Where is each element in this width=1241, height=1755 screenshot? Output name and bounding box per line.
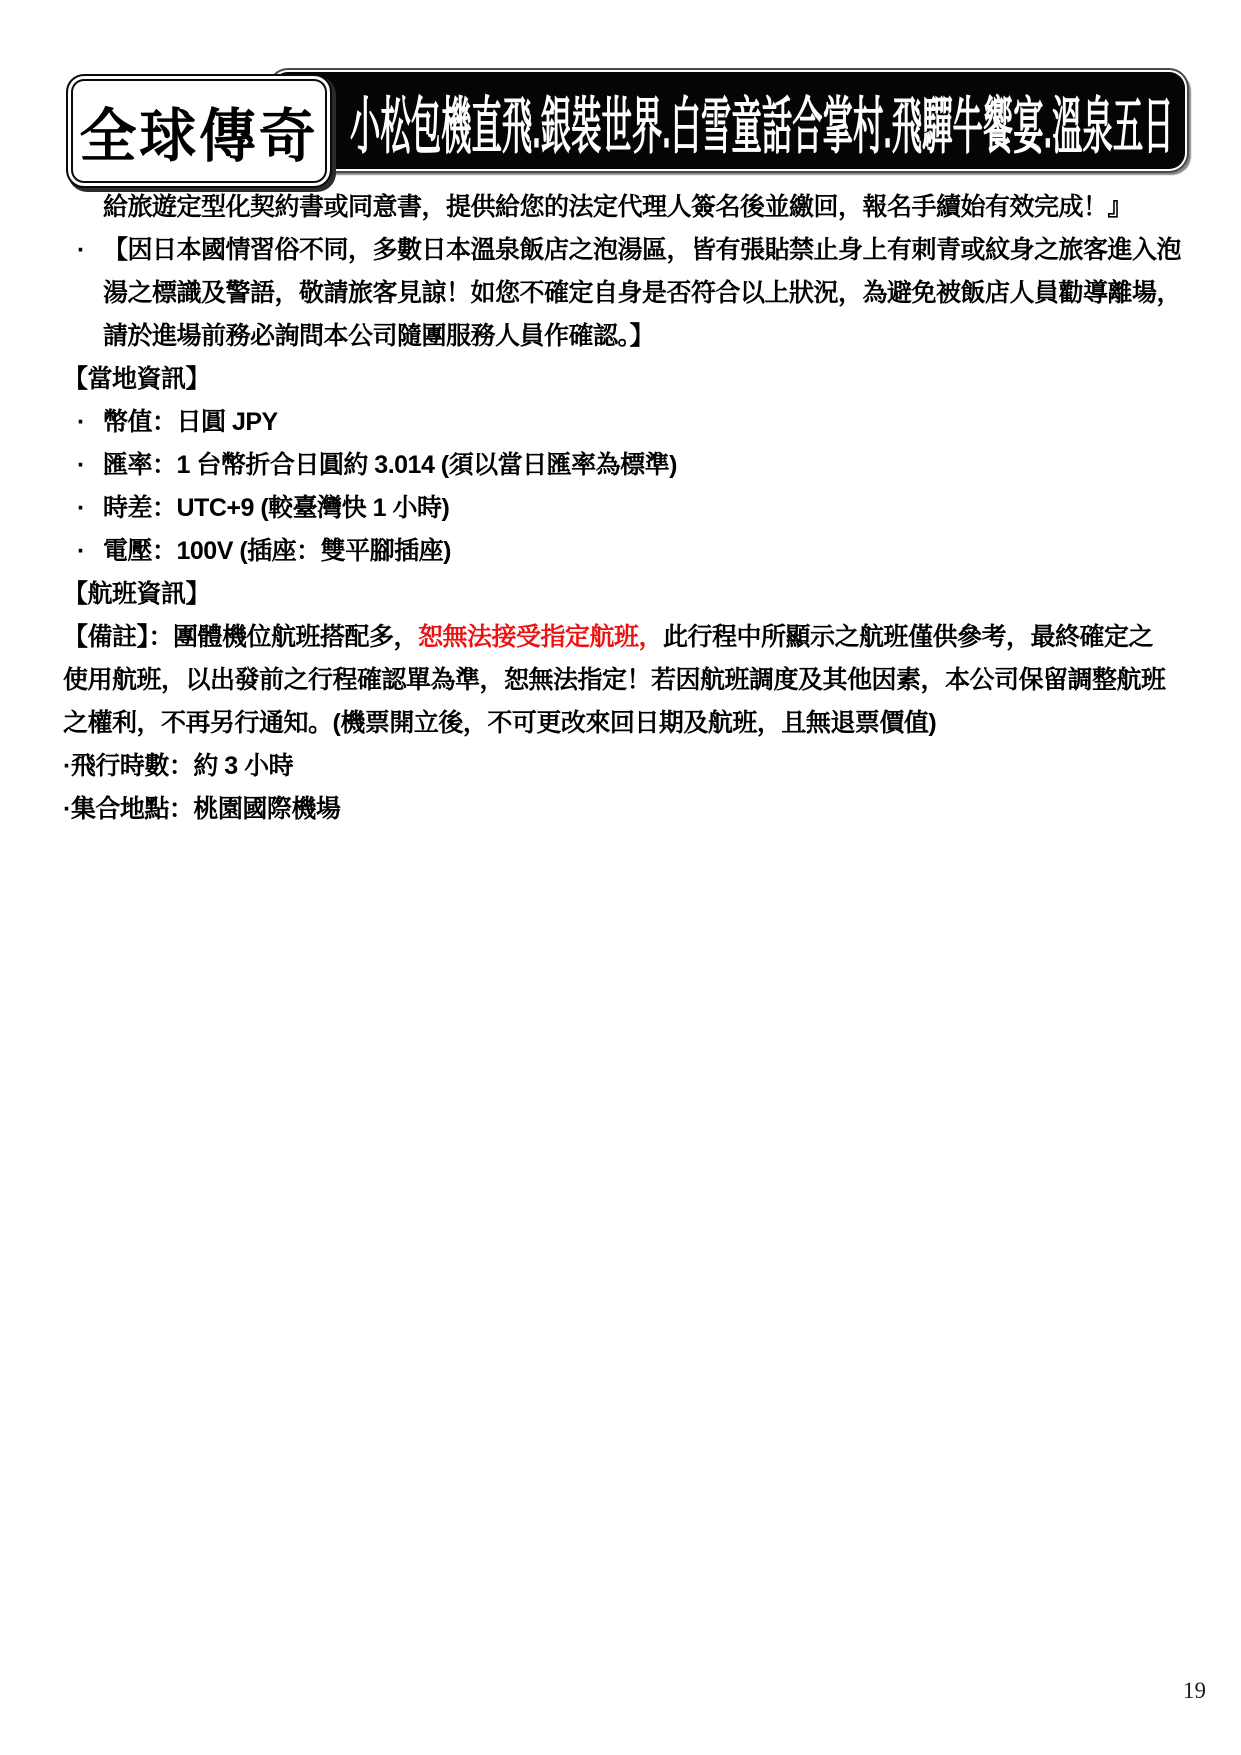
- title-banner: 小松包機直飛.銀裝世界.白雪童話合掌村.飛驒牛饗宴.溫泉五日: [272, 72, 1185, 169]
- text-line: 【備註】：團體機位航班搭配多，恕無法接受指定航班，此行程中所顯示之航班僅供參考，…: [63, 616, 1183, 659]
- bullet-dot: ·: [77, 401, 85, 444]
- document-content: 給旅遊定型化契約書或同意書，提供給您的法定代理人簽名後並繳回，報名手續始有效完成…: [63, 186, 1183, 831]
- text-segment: 【備註】：團體機位航班搭配多，: [63, 623, 418, 651]
- text-segment: 幣值：日圓 JPY: [103, 408, 278, 436]
- text-segment: 之權利，不再另行通知。(機票開立後，不可更改來回日期及航班，且無退票價值): [63, 709, 936, 737]
- text-line: 湯之標識及警語，敬請旅客見諒！如您不確定自身是否符合以上狀況，為避免被飯店人員勸…: [63, 272, 1183, 315]
- text-line: ·電壓：100V (插座：雙平腳插座): [63, 530, 1183, 573]
- logo-box: 全球傳奇: [66, 74, 332, 188]
- text-segment: 【航班資訊】: [63, 580, 210, 608]
- page-number: 19: [1183, 1678, 1206, 1704]
- text-segment: ·飛行時數：約 3 小時: [63, 752, 293, 780]
- text-line: 使用航班，以出發前之行程確認單為準，恕無法指定！若因航班調度及其他因素，本公司保…: [63, 659, 1183, 702]
- text-line: 給旅遊定型化契約書或同意書，提供給您的法定代理人簽名後並繳回，報名手續始有效完成…: [63, 186, 1183, 229]
- text-line: 【當地資訊】: [63, 358, 1183, 401]
- text-line: 【航班資訊】: [63, 573, 1183, 616]
- text-segment: ·集合地點：桃園國際機場: [63, 795, 340, 823]
- brand-logo-text: 全球傳奇: [79, 89, 318, 173]
- text-segment: 請於進場前務必詢問本公司隨團服務人員作確認。】: [103, 322, 654, 350]
- text-segment: 電壓：100V (插座：雙平腳插座): [103, 537, 451, 565]
- text-segment: 此行程中所顯示之航班僅供參考，最終確定之: [663, 623, 1153, 651]
- bullet-dot: ·: [77, 487, 85, 530]
- tour-title: 小松包機直飛.銀裝世界.白雪童話合掌村.飛驒牛饗宴.溫泉五日: [350, 76, 1174, 165]
- text-segment: 【因日本國情習俗不同，多數日本溫泉飯店之泡湯區，皆有張貼禁止身上有刺青或紋身之旅…: [103, 236, 1181, 264]
- text-line: ·【因日本國情習俗不同，多數日本溫泉飯店之泡湯區，皆有張貼禁止身上有刺青或紋身之…: [63, 229, 1183, 272]
- highlighted-text: 恕無法接受指定航班，: [418, 623, 663, 651]
- document-page: { "header": { "logo_text": "全球傳奇", "bann…: [0, 0, 1241, 1755]
- text-segment: 【當地資訊】: [63, 365, 210, 393]
- text-line: 請於進場前務必詢問本公司隨團服務人員作確認。】: [63, 315, 1183, 358]
- bullet-dot: ·: [77, 444, 85, 487]
- text-segment: 時差：UTC+9 (較臺灣快 1 小時): [103, 494, 449, 522]
- text-line: ·幣值：日圓 JPY: [63, 401, 1183, 444]
- text-segment: 匯率：1 台幣折合日圓約 3.014 (須以當日匯率為標準): [103, 451, 677, 479]
- text-line: ·匯率：1 台幣折合日圓約 3.014 (須以當日匯率為標準): [63, 444, 1183, 487]
- text-line: ·時差：UTC+9 (較臺灣快 1 小時): [63, 487, 1183, 530]
- text-segment: 湯之標識及警語，敬請旅客見諒！如您不確定自身是否符合以上狀況，為避免被飯店人員勸…: [103, 279, 1181, 307]
- bullet-dot: ·: [77, 229, 85, 272]
- text-line: 之權利，不再另行通知。(機票開立後，不可更改來回日期及航班，且無退票價值): [63, 702, 1183, 745]
- text-line: ·飛行時數：約 3 小時: [63, 745, 1183, 788]
- bullet-dot: ·: [77, 530, 85, 573]
- text-segment: 給旅遊定型化契約書或同意書，提供給您的法定代理人簽名後並繳回，報名手續始有效完成…: [103, 193, 1132, 221]
- text-line: ·集合地點：桃園國際機場: [63, 788, 1183, 831]
- text-segment: 使用航班，以出發前之行程確認單為準，恕無法指定！若因航班調度及其他因素，本公司保…: [63, 666, 1166, 694]
